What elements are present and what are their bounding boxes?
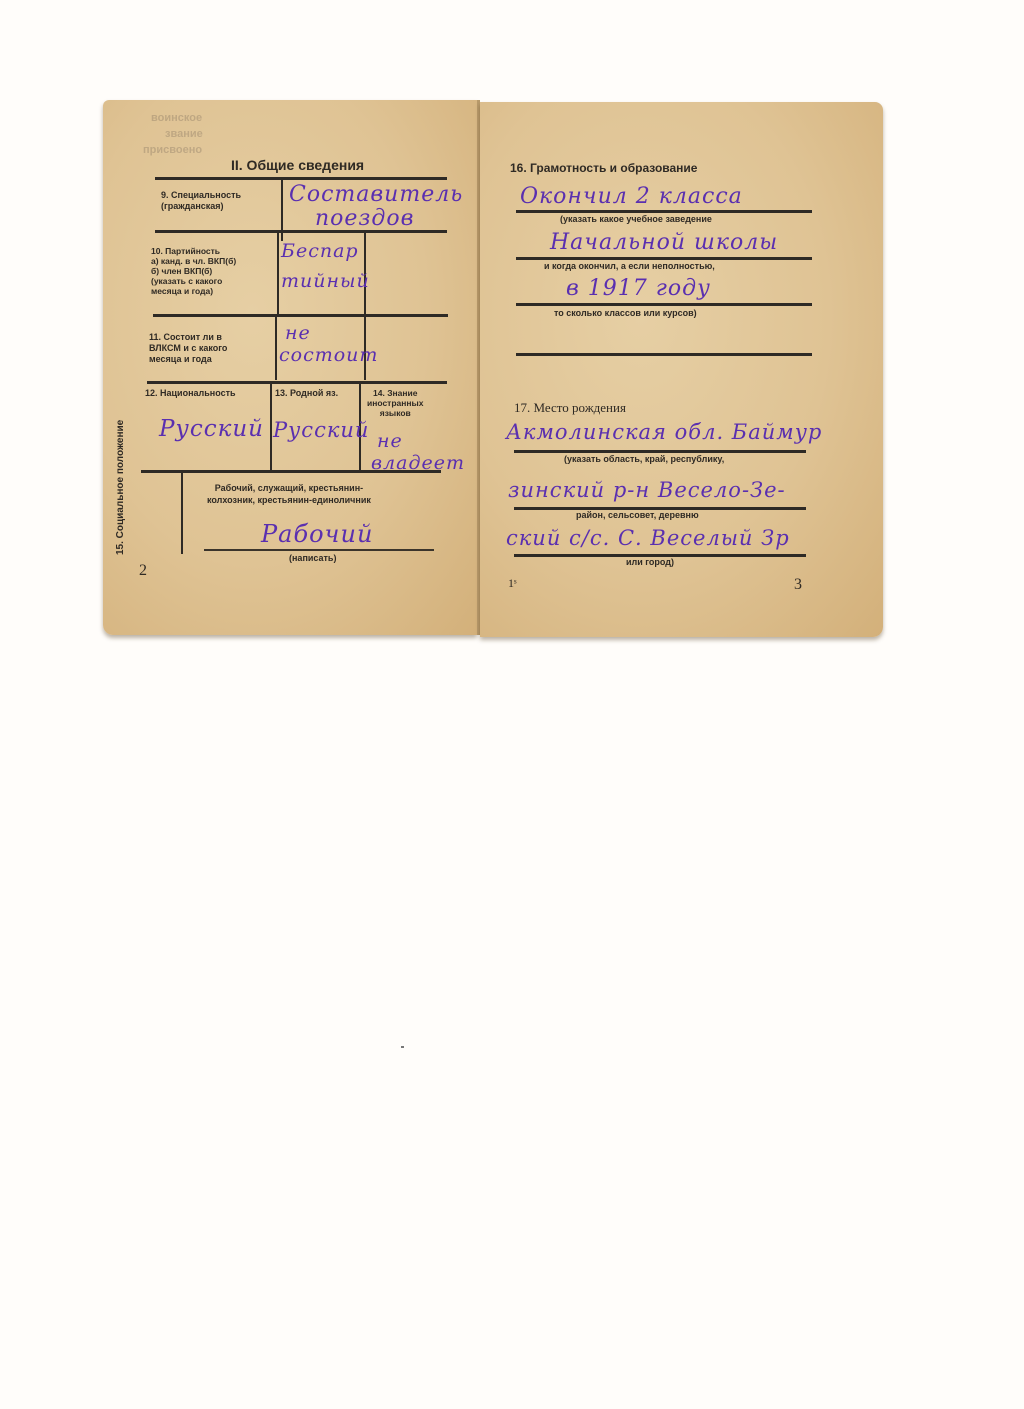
field-10-label: 10. Партийность а) канд. в чл. ВКП(б) б)…: [151, 246, 236, 296]
faint-stamp-line: звание: [165, 128, 203, 140]
field-16-hint3: то сколько классов или курсов): [554, 308, 697, 318]
field-11-label: 11. Состоит ли в ВЛКСМ и с какого месяца…: [149, 332, 227, 365]
field-15-value: Рабочий: [261, 520, 373, 548]
field-17-hint3: или город): [626, 557, 674, 567]
field-15-options: Рабочий, служащий, крестьянин- колхозник…: [207, 482, 371, 506]
field-17-value-line3: ский с/с. С. Веселый Зр: [506, 526, 790, 550]
field-9-value-line2: поездов: [315, 206, 414, 231]
field-10-value-line2: тийный: [281, 270, 370, 292]
field-11-value-line2: состоит: [279, 344, 378, 366]
field-14-value-line1: не: [377, 430, 403, 452]
field-16-label: 16. Грамотность и образование: [510, 161, 697, 175]
rule: [516, 257, 812, 260]
left-page: воинское звание присвоено II. Общие свед…: [103, 100, 477, 635]
field-17-label: 17. Место рождения: [514, 400, 626, 416]
field-16-value-line2: Начальной школы: [550, 230, 778, 255]
field-11-value-line1: не: [285, 322, 311, 344]
right-page: 16. Грамотность и образование Окончил 2 …: [480, 102, 883, 637]
field-17-value-line2: зинский р-н Весело-Зе-: [508, 478, 786, 502]
column-divider: [277, 232, 279, 314]
rule: [514, 450, 806, 453]
faint-stamp-line: воинское: [151, 112, 202, 124]
military-id-spread: воинское звание присвоено II. Общие свед…: [103, 100, 883, 645]
rule: [141, 470, 441, 473]
field-13-value: Русский: [273, 418, 369, 442]
faint-stamp-line: присвоено: [143, 144, 202, 156]
field-17-hint1: (указать область, край, республику,: [564, 454, 724, 464]
rule: [516, 303, 812, 306]
rule: [153, 314, 448, 317]
column-divider: [270, 384, 272, 470]
scan-speck: [401, 1046, 404, 1048]
column-divider: [181, 472, 183, 554]
field-12-label: 12. Национальность: [145, 388, 236, 398]
footer-mark: 1ˢ: [508, 576, 517, 591]
rule: [155, 230, 447, 233]
field-9-value-line1: Составитель: [289, 182, 463, 207]
page-number-right: 3: [794, 576, 802, 594]
rule: [516, 210, 812, 213]
field-12-value: Русский: [159, 416, 264, 442]
field-14-label: 14. Знание иностранных языков: [367, 388, 424, 418]
rule: [155, 177, 447, 180]
field-17-value-line1: Акмолинская обл. Баймур: [506, 420, 822, 444]
field-16-value-line3: в 1917 году: [566, 276, 711, 301]
field-13-label: 13. Родной яз.: [275, 388, 338, 398]
rule: [516, 353, 812, 356]
column-divider: [275, 316, 277, 380]
field-17-hint2: район, сельсовет, деревню: [576, 510, 699, 520]
field-16-value-line1: Окончил 2 класса: [520, 184, 743, 209]
rule: [147, 381, 447, 384]
page-number-left: 2: [139, 562, 147, 580]
field-16-hint1: (указать какое учебное заведение: [560, 214, 712, 224]
field-9-label: 9. Специальность (гражданская): [161, 190, 241, 212]
field-16-hint2: и когда окончил, а если неполностью,: [544, 261, 715, 271]
field-10-value-line1: Беспар: [281, 240, 359, 262]
field-15-side-label: 15. Социальное положение: [115, 465, 126, 555]
field-15-hint: (написать): [289, 553, 336, 563]
section-title: II. Общие сведения: [231, 157, 364, 173]
rule: [204, 549, 434, 551]
